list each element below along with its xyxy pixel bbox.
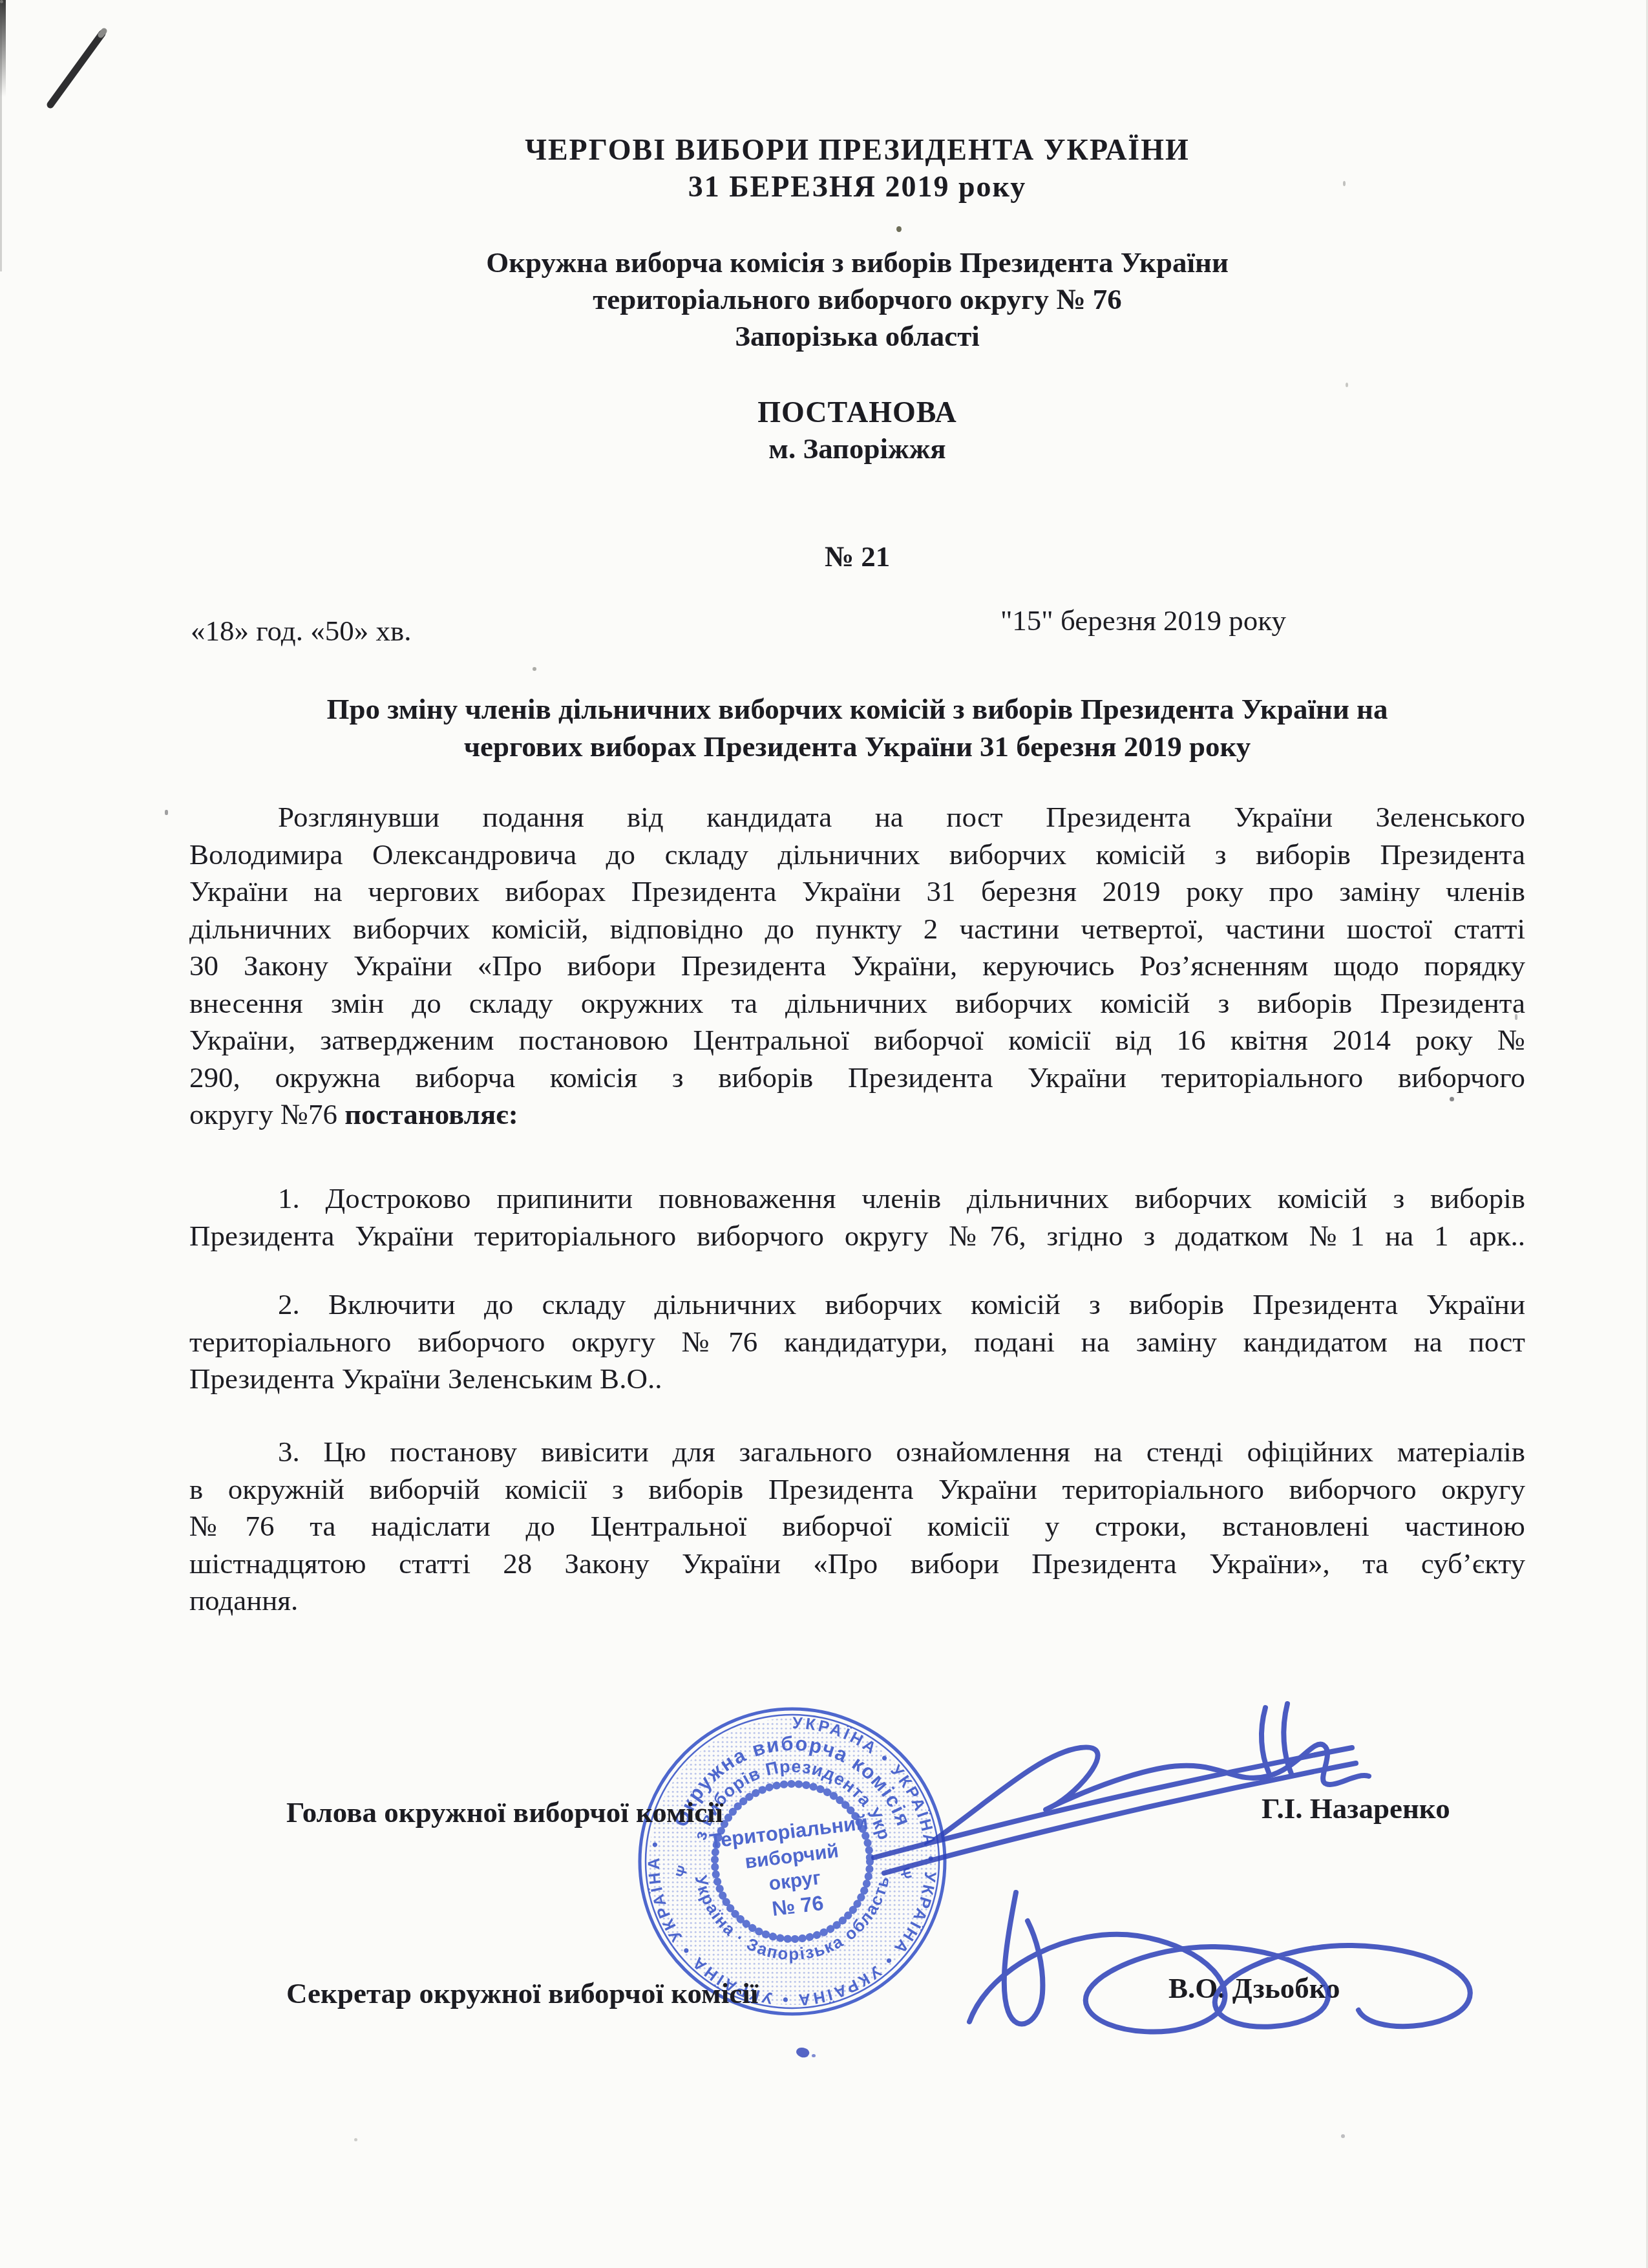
scan-speck bbox=[1346, 383, 1348, 387]
secretary-label: Секретар окружної виборчої комісії bbox=[286, 1977, 758, 2010]
scan-speck bbox=[1450, 1097, 1454, 1101]
text-line: 30 Закону України «Про вибори Президента… bbox=[189, 948, 1525, 985]
text-line: Володимира Олександровича до складу діль… bbox=[189, 836, 1525, 874]
chairman-signature-stroke bbox=[1262, 1708, 1269, 1772]
resolution-item-2: 2. Включити до складу дільничних виборчи… bbox=[189, 1286, 1525, 1398]
subject-line2: чергових виборах Президента України 31 б… bbox=[189, 730, 1525, 764]
scan-speck bbox=[896, 226, 902, 232]
scan-speck bbox=[354, 2138, 357, 2141]
text-line: 2. Включити до складу дільничних виборчи… bbox=[189, 1286, 1525, 1324]
pen-slash-mark bbox=[37, 19, 121, 116]
text-line: внесення змін до складу окружних та діль… bbox=[189, 985, 1525, 1023]
text-line: дільничних виборчих комісій, відповідно … bbox=[189, 911, 1525, 948]
resolution-item-3: 3. Цю постанову вивісити для загального … bbox=[189, 1434, 1525, 1620]
document-time: «18» год. «50» хв. bbox=[191, 614, 411, 648]
text-line: територіального виборчого округу №76 кан… bbox=[189, 1324, 1525, 1361]
document-type: ПОСТАНОВА bbox=[189, 396, 1525, 430]
scanned-document-page: ЧЕРГОВІ ВИБОРИ ПРЕЗИДЕНТА УКРАЇНИ 31 БЕР… bbox=[0, 0, 1648, 2268]
document-number: № 21 bbox=[189, 540, 1525, 574]
document-date: "15" березня 2019 року bbox=[1000, 604, 1286, 637]
text-line: шістнадцятою статті 28 Закону України «П… bbox=[189, 1545, 1525, 1583]
commission-region: Запорізька області bbox=[189, 320, 1525, 354]
text-line: України на чергових виборах Президента У… bbox=[189, 873, 1525, 911]
preamble-paragraph: Розглянувши подання від кандидата на пос… bbox=[189, 799, 1525, 1134]
text-line: 290, окружна виборча комісія з виборів П… bbox=[189, 1059, 1525, 1097]
resolves-keyword: постановляє: bbox=[344, 1098, 518, 1130]
document-city: м. Запоріжжя bbox=[189, 432, 1525, 466]
scan-speck bbox=[0, 0, 3, 3]
stamp-center-line4: № 76 bbox=[770, 1891, 825, 1921]
chairman-signature-stroke bbox=[874, 1748, 1352, 1858]
commission-name-line2: територіального виборчого округу № 76 bbox=[189, 283, 1525, 317]
subject-line1: Про зміну членів дільничних виборчих ком… bbox=[189, 693, 1525, 726]
commission-name-line1: Окружна виборча комісія з виборів Презид… bbox=[189, 246, 1525, 280]
chairman-label: Голова окружної виборчої комісії bbox=[286, 1796, 723, 1829]
text-line: №76 та надіслати до Центральної виборчої… bbox=[189, 1508, 1525, 1545]
text-line: 3. Цю постанову вивісити для загального … bbox=[189, 1434, 1525, 1471]
stamp-center-line3: округ bbox=[768, 1867, 822, 1895]
scan-speck bbox=[1515, 1014, 1517, 1020]
scan-speck bbox=[1341, 2134, 1345, 2138]
text-line: подання. bbox=[189, 1582, 1525, 1620]
election-title-line1: ЧЕРГОВІ ВИБОРИ ПРЕЗИДЕНТА УКРАЇНИ bbox=[189, 133, 1525, 167]
handwritten-signatures bbox=[840, 1680, 1551, 2081]
text-run: округу №76 bbox=[189, 1098, 344, 1130]
text-line: 1. Достроково припинити повноваження чле… bbox=[189, 1180, 1525, 1218]
text-line: України, затвердженим постановою Централ… bbox=[189, 1022, 1525, 1059]
ink-blot bbox=[795, 2046, 810, 2060]
resolution-item-1: 1. Достроково припинити повноваження чле… bbox=[189, 1180, 1525, 1255]
text-line: округу №76 постановляє: bbox=[189, 1096, 1525, 1134]
scan-speck bbox=[165, 810, 168, 815]
text-line: Президента України Зеленським В.О.. bbox=[189, 1361, 1525, 1398]
scan-speck bbox=[533, 667, 536, 671]
election-title-line2: 31 БЕРЕЗНЯ 2019 року bbox=[189, 170, 1525, 204]
text-line: в окружній виборчій комісії з виборів Пр… bbox=[189, 1471, 1525, 1509]
ink-blot bbox=[812, 2054, 816, 2057]
text-line: Розглянувши подання від кандидата на пос… bbox=[189, 799, 1525, 836]
scan-speck bbox=[1343, 181, 1346, 186]
text-line: Президента України територіального вибор… bbox=[189, 1218, 1525, 1255]
scan-edge-artifact bbox=[0, 0, 2, 271]
